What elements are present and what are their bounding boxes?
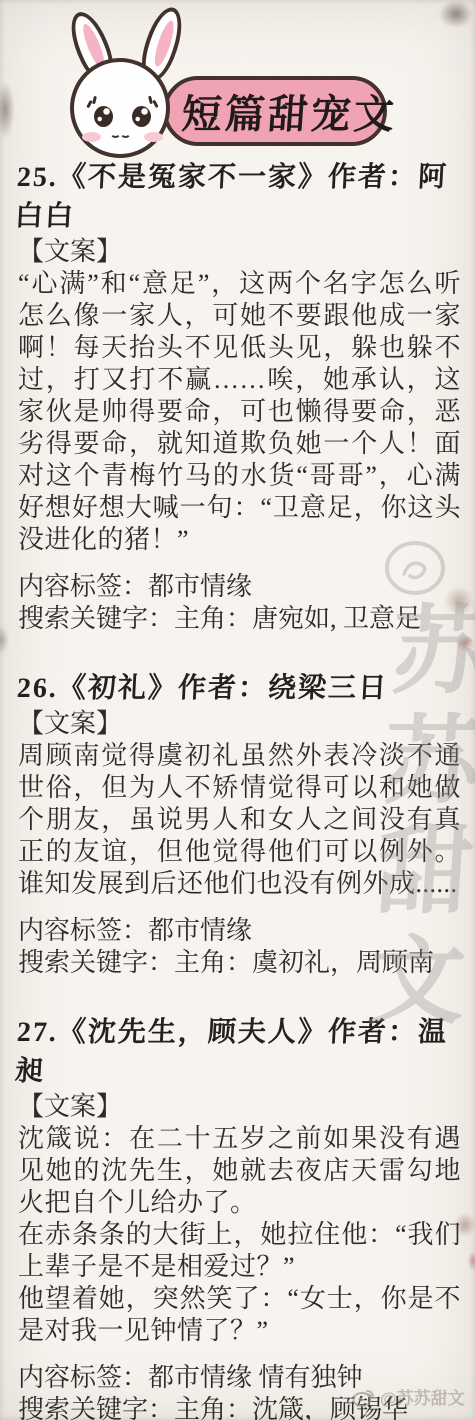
book-title: 《不是冤家不一家》 [57,162,329,193]
rabbit-blush [144,132,163,142]
book-meta: 内容标签：都市情缘 搜索关键字：主角：唐宛如, 卫意足 [18,571,461,635]
keywords-row: 搜索关键字：主角：沈箴，顾锡华 [18,1394,461,1420]
synopsis-paragraph: 他望着她，突然笑了：“女士，你是不是对我一见钟情了？” [18,1283,461,1347]
rabbit-head [70,58,170,158]
book-heading: 25.《不是冤家不一家》作者：阿白白 [14,158,461,236]
keywords-value: 主角：虞初礼，周顾南 [174,948,434,977]
section-label-wenan: 【文案】 [18,236,461,268]
tags-label: 内容标签： [18,1363,148,1392]
book-entry-27: 27.《沈先生，顾夫人》作者：温昶 【文案】 沈箴说：在二十五岁之前如果没有遇见… [18,1013,461,1420]
book-title: 《沈先生，顾夫人》 [57,1017,329,1048]
tags-value: 都市情缘 [148,916,252,945]
book-heading: 26.《初礼》作者：绕梁三日 [16,669,461,708]
synopsis-paragraph: “心满”和“意足”，这两个名字怎么听怎么像一家人，可她不要跟他成一家啊！每天抬头… [18,268,461,556]
keywords-label: 搜索关键字： [18,604,174,633]
book-number: 27. [16,1017,59,1048]
book-heading: 27.《沈先生，顾夫人》作者：温昶 [14,1013,461,1091]
rabbit-eye-left [94,106,113,127]
book-number: 25. [16,162,59,193]
book-meta: 内容标签：都市情缘 情有独钟 搜索关键字：主角：沈箴，顾锡华 [18,1362,461,1420]
rabbit-inner-ear [151,19,177,68]
tags-label: 内容标签： [18,916,148,945]
tags-row: 内容标签：都市情缘 [18,915,461,947]
book-number: 26. [16,673,59,704]
eyelash [148,96,152,104]
synopsis-paragraph: 周顾南觉得虞初礼虽然外表冷淡不通世俗，但为人不矫情觉得可以和她做个朋友，虽说男人… [18,740,461,900]
tags-value: 都市情缘 情有独钟 [148,1363,363,1392]
book-meta: 内容标签：都市情缘 搜索关键字：主角：虞初礼，周顾南 [18,915,461,979]
author-name: 绕梁三日 [267,673,389,704]
keywords-row: 搜索关键字：主角：唐宛如, 卫意足 [18,603,461,635]
tags-label: 内容标签： [18,572,148,601]
rabbit-mascot-icon [60,4,190,164]
keywords-label: 搜索关键字： [18,1395,174,1420]
book-entry-26: 26.《初礼》作者：绕梁三日 【文案】 周顾南觉得虞初礼虽然外表冷淡不通世俗，但… [18,669,461,979]
book-entry-25: 25.《不是冤家不一家》作者：阿白白 【文案】 “心满”和“意足”，这两个名字怎… [18,158,461,635]
keywords-value: 主角：沈箴，顾锡华 [174,1395,408,1420]
book-title: 《初礼》 [57,673,179,704]
section-label-wenan: 【文案】 [18,708,461,740]
author-label: 作者： [327,162,419,193]
synopsis: 周顾南觉得虞初礼虽然外表冷淡不通世俗，但为人不矫情觉得可以和她做个朋友，虽说男人… [18,740,461,900]
keywords-value: 主角：唐宛如, 卫意足 [174,604,421,633]
book-list: 25.《不是冤家不一家》作者：阿白白 【文案】 “心满”和“意足”，这两个名字怎… [0,158,475,1420]
synopsis: 沈箴说：在二十五岁之前如果没有遇见她的沈先生，她就去夜店天雷勾地火把自个儿给办了… [18,1123,461,1347]
section-label-wenan: 【文案】 [18,1091,461,1123]
title-banner: 短篇甜宠文 [163,76,387,146]
banner-label: 短篇甜宠文 [180,83,399,140]
tags-value: 都市情缘 [148,572,252,601]
eyelash [152,100,158,108]
rabbit-blush [82,132,101,142]
rabbit-mouth [110,128,136,140]
rabbit-eye-right [132,106,151,127]
author-label: 作者： [327,1017,419,1048]
synopsis-paragraph: 在赤条条的大街上，她拉住他：“我们上辈子是不是相爱过？” [18,1219,461,1283]
keywords-row: 搜索关键字：主角：虞初礼，周顾南 [18,947,461,979]
synopsis: “心满”和“意足”，这两个名字怎么听怎么像一家人，可她不要跟他成一家啊！每天抬头… [18,268,461,556]
booklist-image: 短篇甜宠文 25.《不是冤家不一家》作者：阿白白 【文案】 “心满 [0,0,475,1420]
tags-row: 内容标签：都市情缘 情有独钟 [18,1362,461,1394]
tags-row: 内容标签：都市情缘 [18,571,461,603]
header: 短篇甜宠文 [0,0,475,158]
eyelash [86,100,92,108]
keywords-label: 搜索关键字： [18,948,174,977]
synopsis-paragraph: 沈箴说：在二十五岁之前如果没有遇见她的沈先生，她就去夜店天雷勾地火把自个儿给办了… [18,1123,461,1219]
author-label: 作者： [177,673,269,704]
eyelash [92,96,96,104]
